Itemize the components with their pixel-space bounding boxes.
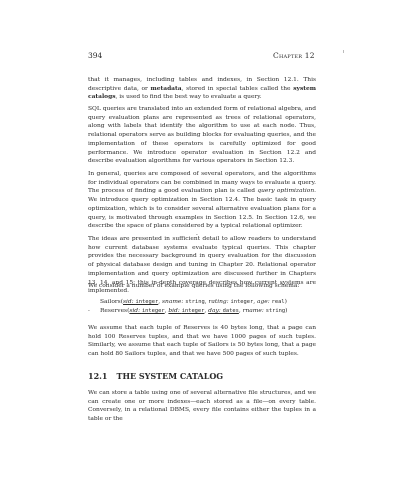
chapter-header: Chapter 12 (273, 51, 315, 60)
section-title: THE SYSTEM CATALOG (116, 371, 223, 381)
paragraph-system-catalog: We can store a table using one of severa… (88, 389, 316, 424)
schema-reserves: Reserves(sid: integer, bid: integer, day… (100, 307, 287, 316)
schema-sailors: Sailors(sid: integer, sname: string, rat… (100, 298, 287, 307)
section-heading: 12.1THE SYSTEM CATALOG (88, 371, 223, 381)
section-number: 12.1 (88, 371, 107, 381)
paragraph-schema-intro: We consider a number of example queries … (88, 282, 316, 291)
bullet-marker: . (88, 306, 90, 313)
paragraph-intro: that it manages, including tables and in… (88, 76, 316, 102)
paragraph-sql-translation: SQL queries are translated into an exten… (88, 105, 316, 166)
paragraph-assumptions: We assume that each tuple of Reserves is… (88, 324, 316, 359)
margin-mark (343, 50, 344, 53)
page-number: 394 (88, 51, 102, 60)
paragraph-query-optimization: In general, queries are composed of seve… (88, 170, 316, 231)
